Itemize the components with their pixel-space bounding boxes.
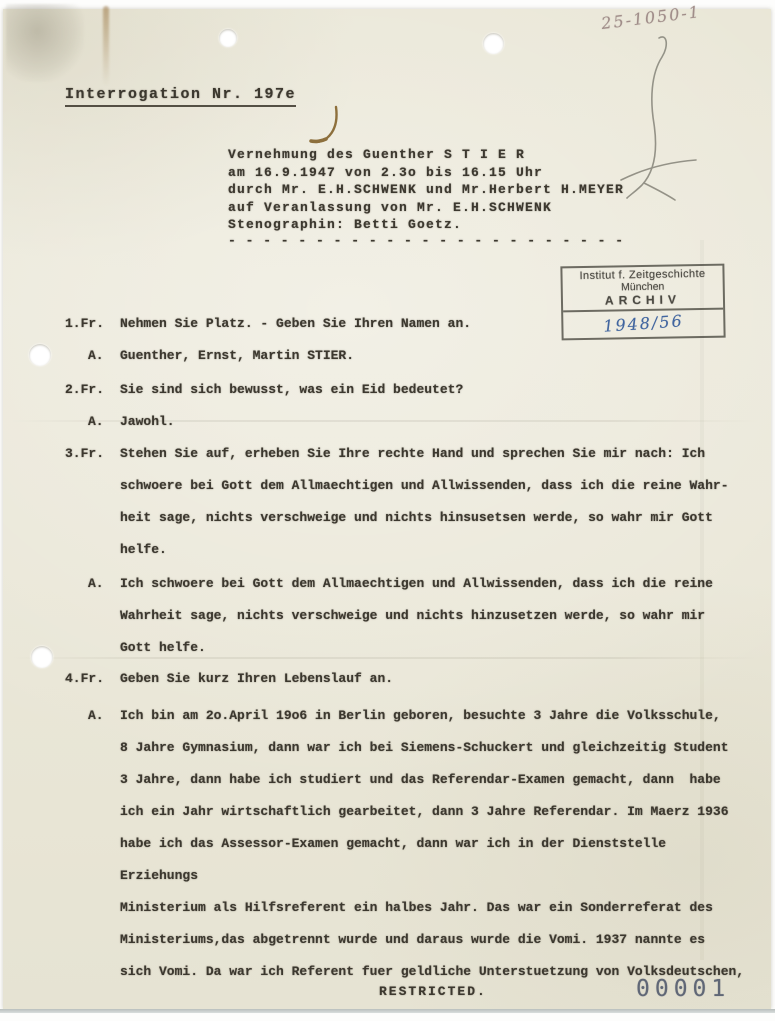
document-title: Interrogation Nr. 197e [65, 86, 296, 107]
qa-text: Stehen Sie auf, erheben Sie Ihre rechte … [120, 438, 745, 566]
qa-text: Jawohl. [120, 406, 745, 438]
qa-label: A. [88, 406, 104, 438]
qa-entry-4-question: 4.Fr. Geben Sie kurz Ihren Lebenslauf an… [65, 663, 745, 695]
qa-entry-3-question: 3.Fr. Stehen Sie auf, erheben Sie Ihre r… [65, 438, 745, 566]
qa-entry-2-answer: A. Jawohl. [65, 406, 745, 438]
punch-hole-top-right [483, 33, 504, 54]
stain-streak [103, 6, 109, 86]
qa-label: A. [88, 568, 104, 600]
qa-text: Geben Sie kurz Ihren Lebenslauf an. [120, 663, 745, 695]
qa-entry-3-answer: A. Ich schwoere bei Gott dem Allmaechtig… [65, 568, 745, 664]
punch-hole-left-lower [31, 646, 53, 668]
qa-label: 3.Fr. [65, 438, 104, 470]
header-separator: - - - - - - - - - - - - - - - - - - - - … [228, 233, 624, 248]
qa-label: A. [88, 700, 104, 732]
scanned-document: 25-1050-1 Interrogation Nr. 197e Vernehm… [0, 0, 775, 1021]
qa-text: Nehmen Sie Platz. - Geben Sie Ihren Name… [120, 308, 745, 340]
archive-stamp-text: Institut f. Zeitgeschichte München ARCHI… [562, 266, 723, 313]
qa-text: Sie sind sich bewusst, was ein Eid bedeu… [120, 374, 745, 406]
qa-text: Ich schwoere bei Gott dem Allmaechtigen … [120, 568, 745, 664]
qa-entry-1-answer: A. Guenther, Ernst, Martin STIER. [65, 340, 745, 372]
qa-entry-4-answer: A. Ich bin am 2o.April 19o6 in Berlin ge… [65, 700, 745, 988]
qa-label: A. [88, 340, 104, 372]
stamp-archiv-line: ARCHIV [563, 292, 723, 309]
qa-label: 1.Fr. [65, 308, 104, 340]
classification-restricted: RESTRICTED. [379, 984, 487, 999]
interrogation-header: Vernehmung des Guenther S T I E R am 16.… [228, 146, 624, 234]
qa-text: Guenther, Ernst, Martin STIER. [120, 340, 745, 372]
punch-hole-top-left [219, 29, 237, 47]
qa-entry-2-question: 2.Fr. Sie sind sich bewusst, was ein Eid… [65, 374, 745, 406]
qa-label: 4.Fr. [65, 663, 104, 695]
qa-label: 2.Fr. [65, 374, 104, 406]
stain-top-left [6, 4, 84, 82]
punch-hole-left-upper [29, 344, 51, 366]
qa-text: Ich bin am 2o.April 19o6 in Berlin gebor… [120, 700, 745, 988]
scan-bottom-edge [0, 1009, 775, 1013]
page-number-stamp: 00001 [636, 976, 730, 1002]
qa-entry-1-question: 1.Fr. Nehmen Sie Platz. - Geben Sie Ihre… [65, 308, 745, 340]
